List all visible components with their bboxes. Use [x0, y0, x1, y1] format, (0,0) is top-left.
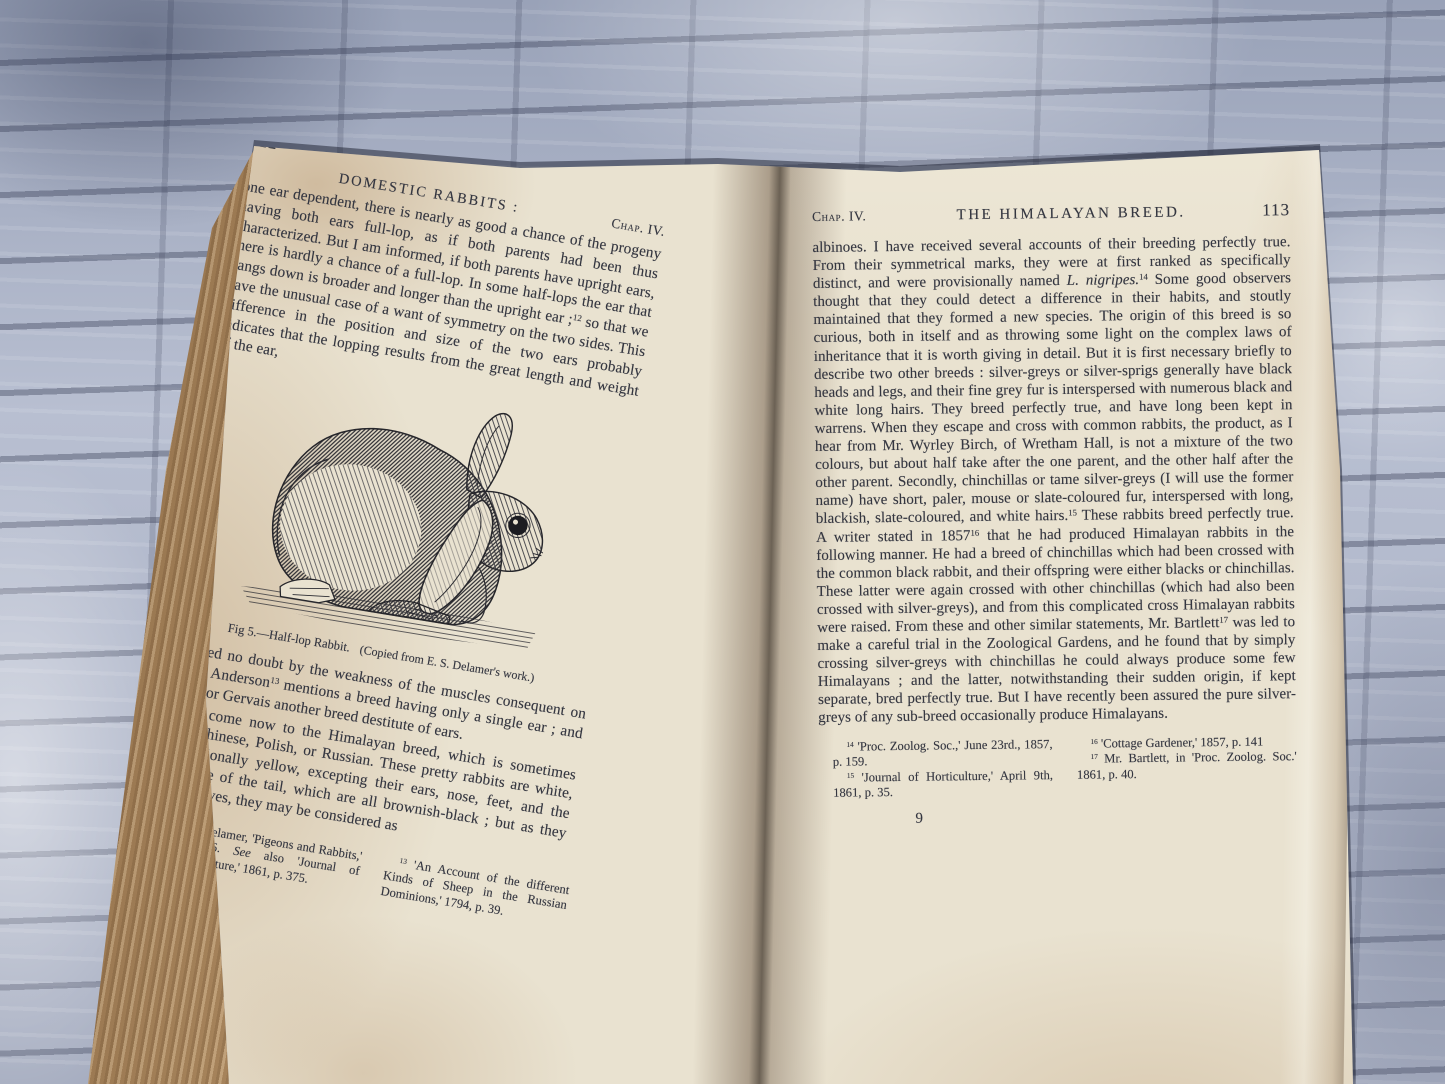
footnote-13: 13 'An Account of the different Kinds of… [379, 853, 570, 929]
right-footnotes-col-1: 14 'Proc. Zoolog. Soc.,' June 23rd., 185… [833, 737, 1054, 802]
footnote-15: 15 'Journal of Horticulture,' April 9th,… [833, 768, 1053, 802]
page-number-113: 113 [1220, 200, 1290, 221]
right-running-head-row: Chap. IV. THE HIMALAYAN BREED. 113 [812, 200, 1290, 226]
footnote-17: 17 Mr. Bartlett, in 'Proc. Zoolog. Soc.'… [1077, 749, 1297, 783]
signature-mark: 9 [915, 806, 1297, 828]
right-footnotes-col-2: 16 'Cottage Gardener,' 1857, p. 141 17 M… [1076, 734, 1297, 799]
half-lop-rabbit-engraving [221, 366, 587, 664]
running-head-himalayan-breed: THE HIMALAYAN BREED. [922, 204, 1220, 225]
photo-of-open-book: 112 DOMESTIC RABBITS : Chap. IV. one ear… [0, 0, 1445, 1084]
chapter-label-right: Chap. IV. [812, 208, 922, 225]
right-footnotes: 14 'Proc. Zoolog. Soc.,' June 23rd., 185… [833, 734, 1298, 802]
chapter-label-left: Chap. IV. [610, 215, 666, 240]
footnote-14: 14 'Proc. Zoolog. Soc.,' June 23rd., 185… [833, 737, 1053, 771]
paragraph-albinoes-body: albinoes. I have received several accoun… [812, 233, 1296, 727]
right-page: Chap. IV. THE HIMALAYAN BREED. 113 albin… [812, 200, 1298, 829]
